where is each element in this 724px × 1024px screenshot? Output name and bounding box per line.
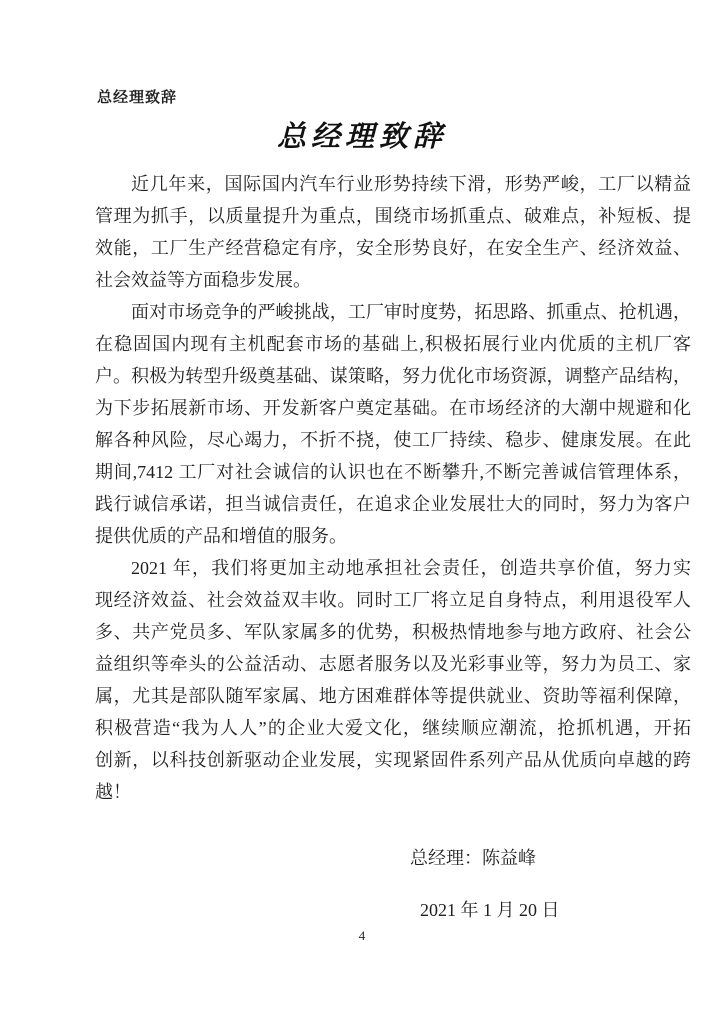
body-line: 在稳固国内现有主机配套市场的基础上,积极拓展行业内优质的主机厂客 xyxy=(95,328,691,360)
body-line: 创新，以科技创新驱动企业发展，实现紧固件系列产品从优质向卓越的跨 xyxy=(95,744,691,776)
body-line: 践行诚信承诺，担当诚信责任，在追求企业发展壮大的同时，努力为客户 xyxy=(95,488,691,520)
body-line: 越！ xyxy=(95,776,691,808)
page-number: 4 xyxy=(0,928,724,944)
body-line: 现经济效益、社会效益双丰收。同时工厂将立足自身特点，利用退役军人 xyxy=(95,584,691,616)
body-line: 管理为抓手，以质量提升为重点，围绕市场抓重点、破难点，补短板、提 xyxy=(95,200,691,232)
body-line: 益组织等牵头的公益活动、志愿者服务以及光彩事业等，努力为员工、家 xyxy=(95,648,691,680)
document-body: 近几年来，国际国内汽车行业形势持续下滑，形势严峻，工厂以精益 管理为抓手，以质量… xyxy=(95,168,691,808)
page-header-label: 总经理致辞 xyxy=(97,86,177,107)
signature: 总经理：陈益峰 xyxy=(410,842,536,874)
body-line: 解各种风险，尽心竭力，不折不挠，使工厂持续、稳步、健康发展。在此 xyxy=(95,424,691,456)
document-title: 总经理致辞 xyxy=(0,114,724,155)
body-line: 提供优质的产品和增值的服务。 xyxy=(95,520,691,552)
body-line: 2021 年，我们将更加主动地承担社会责任，创造共享价值，努力实 xyxy=(95,552,691,584)
date: 2021 年 1 月 20 日 xyxy=(420,894,560,926)
body-line: 多、共产党员多、军队家属多的优势，积极热情地参与地方政府、社会公 xyxy=(95,616,691,648)
body-line: 效能，工厂生产经营稳定有序，安全形势良好，在安全生产、经济效益、 xyxy=(95,232,691,264)
body-line: 户。积极为转型升级奠基础、谋策略，努力优化市场资源，调整产品结构， xyxy=(95,360,691,392)
body-line: 近几年来，国际国内汽车行业形势持续下滑，形势严峻，工厂以精益 xyxy=(95,168,691,200)
body-line: 积极营造“我为人人”的企业大爱文化，继续顺应潮流，抢抓机遇，开拓 xyxy=(95,712,691,744)
body-line: 面对市场竞争的严峻挑战，工厂审时度势，拓思路、抓重点、抢机遇， xyxy=(95,296,691,328)
document-page: 总经理致辞 总经理致辞 近几年来，国际国内汽车行业形势持续下滑，形势严峻，工厂以… xyxy=(0,0,724,1024)
body-line: 属，尤其是部队随军家属、地方困难群体等提供就业、资助等福利保障， xyxy=(95,680,691,712)
body-line: 为下步拓展新市场、开发新客户奠定基础。在市场经济的大潮中规避和化 xyxy=(95,392,691,424)
body-line: 期间,7412 工厂对社会诚信的认识也在不断攀升,不断完善诚信管理体系， xyxy=(95,456,691,488)
body-line: 社会效益等方面稳步发展。 xyxy=(95,264,691,296)
